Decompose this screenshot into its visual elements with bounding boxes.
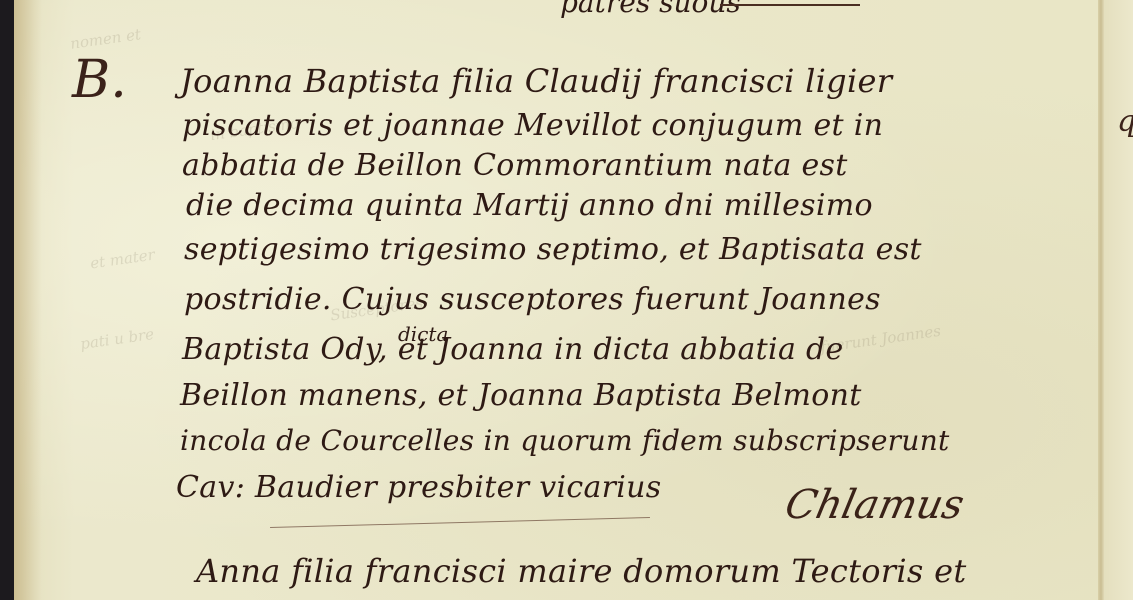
entry-line-8: Beillon manens, et Joanna Baptista Belmo… bbox=[180, 378, 862, 413]
entry-line-4: die decima quinta Martij anno dni milles… bbox=[186, 188, 873, 223]
entry-line-1: Joanna Baptista filia Claudij francisci … bbox=[180, 62, 892, 100]
next-entry-line-1: Anna filia francisci maire domorum Tecto… bbox=[196, 552, 967, 590]
entry-line-5: septigesimo trigesimo septimo, et Baptis… bbox=[184, 232, 922, 267]
previous-entry-tail: patres suous bbox=[560, 0, 741, 19]
baptism-margin-marker: B. bbox=[72, 50, 127, 110]
entry-end-rule bbox=[720, 4, 860, 6]
priest-signature-line: Cav: Baudier presbiter vicarius bbox=[176, 470, 661, 505]
entry-line-6: postridie. Cujus susceptores fuerunt Joa… bbox=[184, 282, 881, 317]
book-binding bbox=[0, 0, 14, 600]
adjacent-page-glyph: q bbox=[1117, 104, 1133, 139]
page-edge-shadow bbox=[14, 0, 42, 600]
entry-line-2: piscatoris et joannae Mevillot conjugum … bbox=[182, 108, 883, 143]
witness-signature: Chlamus bbox=[781, 482, 968, 528]
entry-line-3: abbatia de Beillon Commorantium nata est bbox=[182, 148, 848, 183]
entry-line-7: Baptista Ody, et Joanna in dicta abbatia… bbox=[182, 332, 844, 367]
entry-line-9: incola de Courcelles in quorum fidem sub… bbox=[180, 424, 950, 457]
adjacent-page bbox=[1104, 0, 1133, 600]
